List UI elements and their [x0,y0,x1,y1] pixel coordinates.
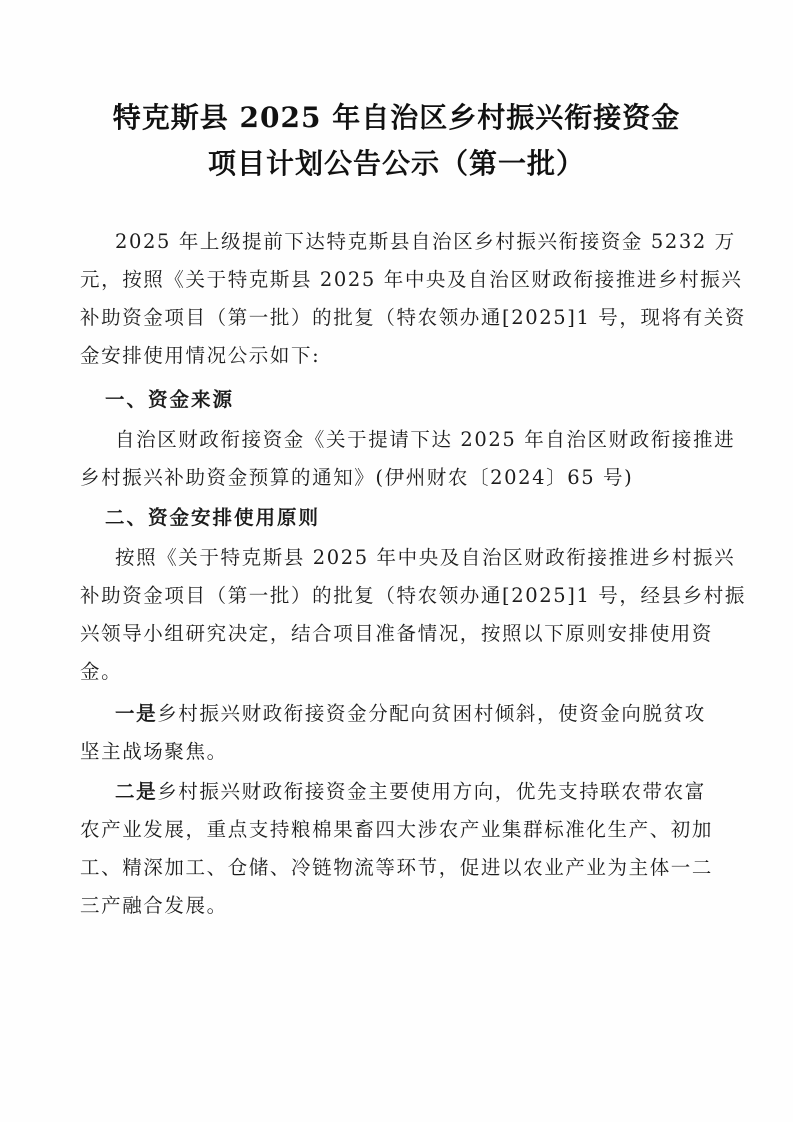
section2-line-1: 按照《关于特克斯县 2025 年中央及自治区财政衔接推进乡村振兴 [115,542,735,570]
section1-line-2: 乡村振兴补助资金预算的通知》(伊州财农〔2024〕65 号) [80,462,633,490]
intro-line-3: 补助资金项目（第一批）的批复（特农领办通[2025]1 号，现将有关资 [80,302,746,330]
principle2-line-1: 二是乡村振兴财政衔接资金主要使用方向，优先支持联农带农富 [115,776,706,804]
principle2-line-3: 工、精深加工、仓储、冷链物流等环节，促进以农业产业为主体一二 [80,852,713,880]
section2-line-2: 补助资金项目（第一批）的批复（特农领办通[2025]1 号，经县乡村振 [80,580,746,608]
document-page: 特克斯县 2025 年自治区乡村振兴衔接资金 项目计划公告公示（第一批） 202… [0,0,793,1122]
intro-line-2: 元，按照《关于特克斯县 2025 年中央及自治区财政衔接推进乡村振兴 [80,264,742,292]
section2-line-3: 兴领导小组研究决定，结合项目准备情况，按照以下原则安排使用资 [80,618,713,646]
intro-line-4: 金安排使用情况公示如下: [80,340,320,368]
principle1-line-1: 一是乡村振兴财政衔接资金分配向贫困村倾斜，使资金向脱贫攻 [115,698,706,726]
section2-line-4: 金。 [80,656,122,684]
document-title-line-1: 特克斯县 2025 年自治区乡村振兴衔接资金 [0,96,793,136]
principle2-lead: 二是 [115,780,157,803]
section1-line-1: 自治区财政衔接资金《关于提请下达 2025 年自治区财政衔接推进 [115,424,735,452]
principle2-line-2: 农产业发展，重点支持粮棉果畜四大涉农产业集群标准化生产、初加 [80,814,713,842]
principle1-line-2: 坚主战场聚焦。 [80,736,228,764]
principle2-text: 乡村振兴财政衔接资金主要使用方向，优先支持联农带农富 [157,780,706,803]
document-title-line-2: 项目计划公告公示（第一批） [0,142,793,182]
section-heading-usage-principles: 二、资金安排使用原则 [105,502,320,530]
principle2-line-4: 三产融合发展。 [80,890,228,918]
section-heading-funding-source: 一、资金来源 [105,384,234,412]
intro-line-1: 2025 年上级提前下达特克斯县自治区乡村振兴衔接资金 5232 万 [115,226,736,254]
principle1-lead: 一是 [115,702,157,725]
principle1-text: 乡村振兴财政衔接资金分配向贫困村倾斜，使资金向脱贫攻 [157,702,706,725]
